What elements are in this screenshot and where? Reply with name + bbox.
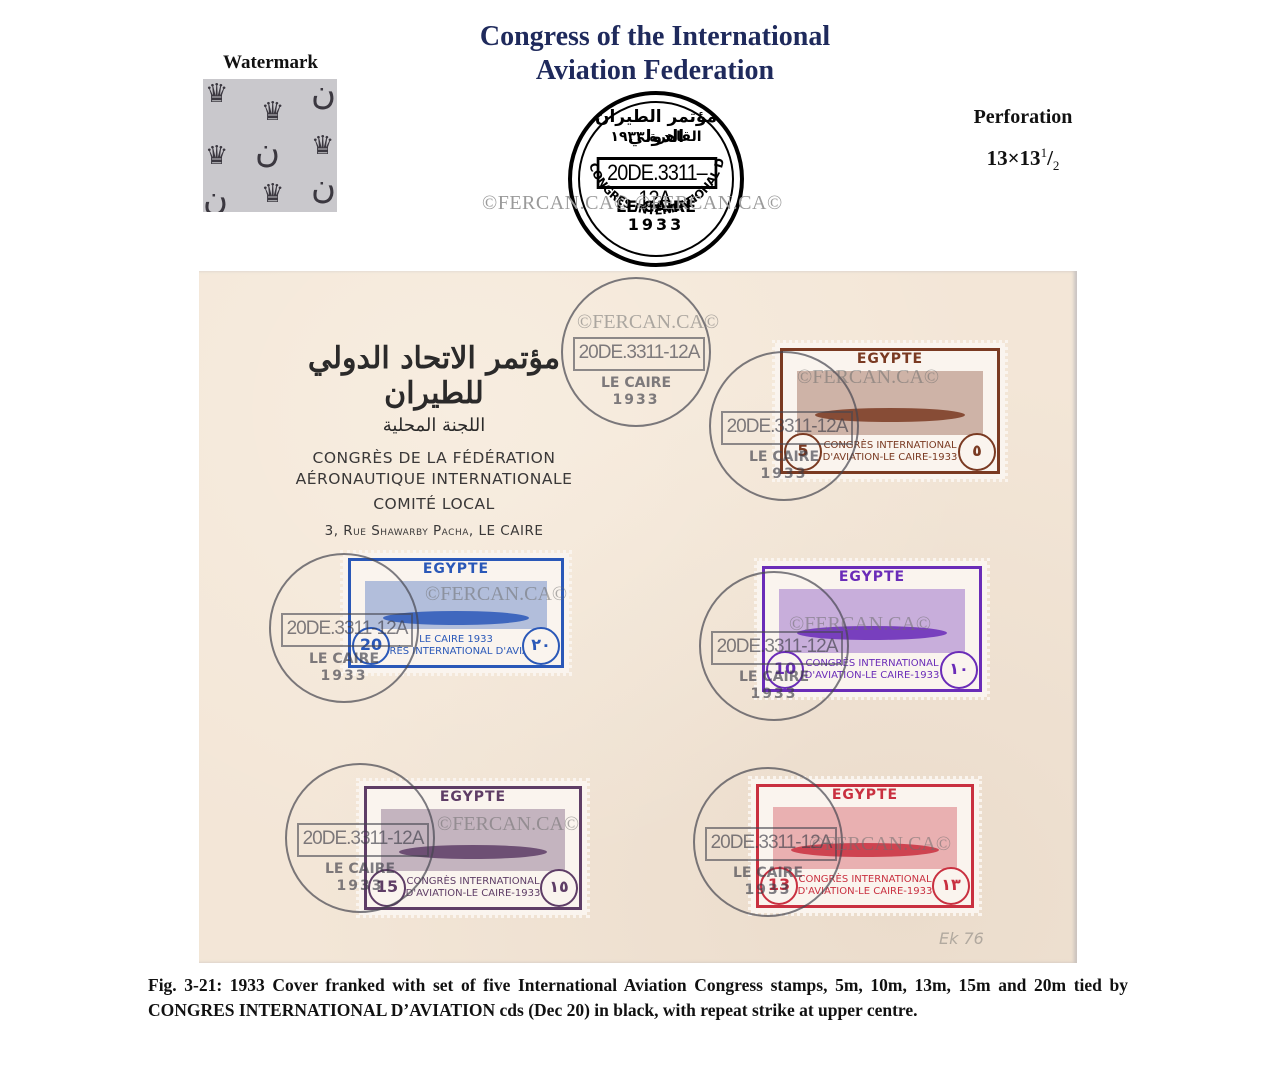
arabic-letter-noon-icon: ن [311,167,336,207]
stamp-20m: EGYPTE LE CAIRE 1933 CONGRÈS INTERNATION… [343,553,569,673]
copyright-overlay: ©FERCAN.CA© [577,311,719,334]
watermark-label: Watermark [203,52,338,74]
stamp-value-arabic: ١٣ [932,867,970,905]
title-line-1: Congress of the International [440,20,870,54]
french-line-1: CONGRÈS DE LA FÉDÉRATION [259,448,609,469]
figure-caption: Fig. 3-21: 1933 Cover franked with set o… [148,973,1128,1023]
perf-sub: 2 [1053,158,1060,173]
stamp-value-arabic: ٢٠ [522,627,560,665]
arabic-letter-noon-icon: ن [311,79,336,113]
crown-icon: ♛ [205,79,228,109]
envelope-cover: مؤتمر الاتحاد الدولي للطيران اللجنة المح… [199,271,1077,963]
crown-icon: ♛ [311,131,334,161]
stamp-value: 5 [784,433,822,471]
stamp-country: EGYPTE [775,351,1005,367]
arabic-letter-noon-icon: ن [255,131,280,171]
perf-sup: 1 [1041,145,1048,160]
stamp-value: 20 [352,627,390,665]
arabic-letter-noon-icon: ن [203,179,228,212]
stamp-value-arabic: ٥ [958,433,996,471]
address: 3, Rue Shawarby Pacha, LE CAIRE [259,521,609,542]
crown-icon: ♛ [261,97,284,127]
arabic-title: مؤتمر الاتحاد الدولي للطيران [259,341,609,411]
stamp-value: 15 [368,869,406,907]
postmark-ring-text: CONGRES INTERNATIONAL D'AVIATION [568,91,744,267]
stamp-10m: EGYPTE CONGRÈS INTERNATIONAL D'AVIATION-… [757,561,987,697]
stamp-15m: EGYPTE CONGRÈS INTERNATIONAL D'AVIATION-… [359,781,587,915]
title-line-2: Aviation Federation [440,54,870,88]
postmark-enlarged: مؤتمر الطيران الدولي القاهرة ١٩٣٣ 20DE.3… [568,91,744,267]
stamp-5m: EGYPTE CONGRÈS INTERNATIONAL D'AVIATION-… [775,343,1005,479]
crown-icon: ♛ [261,179,284,209]
copyright-watermark: ©FERCAN.CA© ©FERCAN.CA© [482,192,783,215]
perforation-value: 13×131/2 [960,145,1086,174]
stamp-value-arabic: ١٥ [540,869,578,907]
arabic-subtitle: اللجنة المحلية [259,415,609,436]
stamp-value: 10 [766,651,804,689]
stamp-country: EGYPTE [751,787,979,803]
watermark-image: ♛ ♛ ♛ ♛ ♛ ن ن ن ن [203,79,337,212]
pencil-note: Ek 76 [939,929,984,948]
stamp-country: EGYPTE [757,569,987,585]
page-title: Congress of the International Aviation F… [440,20,870,88]
stamp-13m: EGYPTE CONGRÈS INTERNATIONAL D'AVIATION-… [751,779,979,913]
stamp-value: 13 [760,867,798,905]
perf-main: 13×13 [987,146,1041,170]
perforation-label: Perforation [960,106,1086,129]
crown-icon: ♛ [205,141,228,171]
cover-letterhead: مؤتمر الاتحاد الدولي للطيران اللجنة المح… [259,341,609,542]
french-line-2: AÉRONAUTIQUE INTERNATIONALE [259,469,609,490]
stamp-country: EGYPTE [343,561,569,577]
stamp-country: EGYPTE [359,789,587,805]
stamp-value-arabic: ١٠ [940,651,978,689]
french-line-3: COMITÉ LOCAL [259,494,609,515]
